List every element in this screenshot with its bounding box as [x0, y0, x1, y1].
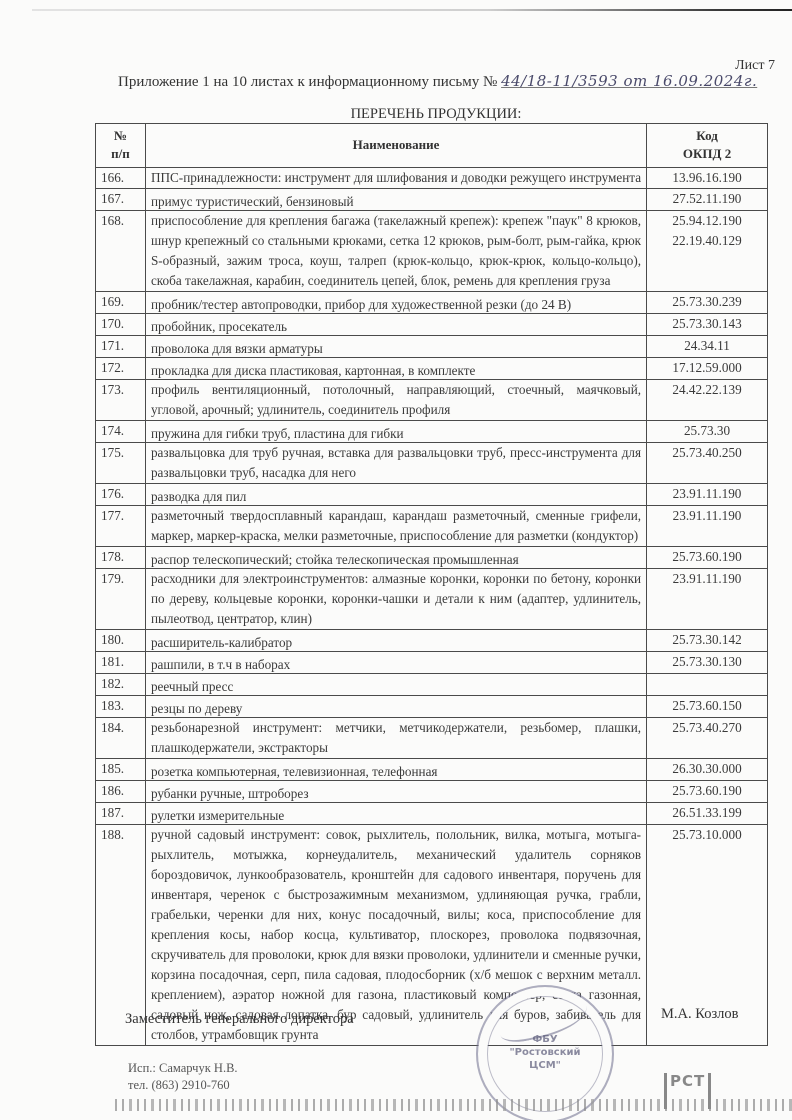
products-table: № п/п Наименование Код ОКПД 2 166.ППС-пр… — [95, 123, 768, 1046]
appendix-text: Приложение 1 на 10 листах к информационн… — [118, 74, 497, 90]
row-number: 185. — [96, 759, 146, 781]
table-row: 183.резцы по дереву25.73.60.150 — [96, 696, 768, 718]
table-row: 166.ППС-принадлежности: инструмент для ш… — [96, 168, 768, 189]
row-product-name: распор телескопический; стойка телескопи… — [145, 547, 646, 569]
row-okpd-code: 25.73.30.239 — [647, 292, 768, 314]
row-number: 177. — [96, 506, 146, 547]
row-number: 187. — [96, 803, 146, 825]
executor-info: Исп.: Самарчук Н.В. тел. (863) 2910-760 — [128, 1060, 238, 1094]
table-row: 178.распор телескопический; стойка телес… — [96, 547, 768, 569]
table-row: 176.разводка для пил23.91.11.190 — [96, 484, 768, 506]
row-number: 180. — [96, 630, 146, 652]
row-number: 181. — [96, 652, 146, 674]
row-product-name: рашпили, в т.ч в наборах — [145, 652, 646, 674]
table-row: 187.рулетки измерительные26.51.33.199 — [96, 803, 768, 825]
table-row: 182.реечный пресс — [96, 674, 768, 696]
row-number: 167. — [96, 189, 146, 211]
row-product-name: реечный пресс — [145, 674, 646, 696]
row-okpd-code: 25.73.30.142 — [647, 630, 768, 652]
row-product-name: пробник/тестер автопроводки, прибор для … — [145, 292, 646, 314]
row-okpd-code: 26.51.33.199 — [647, 803, 768, 825]
table-row: 177.разметочный твердосплавный карандаш,… — [96, 506, 768, 547]
row-product-name: розетка компьютерная, телевизионная, тел… — [145, 759, 646, 781]
row-product-name: примус туристический, бензиновый — [145, 189, 646, 211]
table-row: 167.примус туристический, бензиновый27.5… — [96, 189, 768, 211]
table-row: 181.рашпили, в т.ч в наборах25.73.30.130 — [96, 652, 768, 674]
row-number: 174. — [96, 421, 146, 443]
row-okpd-code: 24.34.11 — [647, 336, 768, 358]
row-okpd-code: 24.42.22.139 — [647, 380, 768, 421]
row-number: 179. — [96, 569, 146, 630]
table-row: 184.резьбонарезной инструмент: метчики, … — [96, 718, 768, 759]
row-number: 172. — [96, 358, 146, 380]
column-header-name: Наименование — [145, 124, 646, 168]
row-product-name: развальцовка для труб ручная, вставка дл… — [145, 443, 646, 484]
appendix-heading: Приложение 1 на 10 листах к информационн… — [118, 72, 757, 91]
table-row: 172.прокладка для диска пластиковая, кар… — [96, 358, 768, 380]
row-product-name: разводка для пил — [145, 484, 646, 506]
row-number: 173. — [96, 380, 146, 421]
row-okpd-code: 23.91.11.190 — [647, 506, 768, 547]
table-row: 175.развальцовка для труб ручная, вставк… — [96, 443, 768, 484]
column-header-number: № п/п — [96, 124, 146, 168]
row-okpd-code: 25.73.30.143 — [647, 314, 768, 336]
row-product-name: приспособление для крепления багажа (так… — [145, 211, 646, 292]
list-title: ПЕРЕЧЕНЬ ПРОДУКЦИИ: — [0, 106, 792, 123]
row-number: 176. — [96, 484, 146, 506]
row-product-name: рулетки измерительные — [145, 803, 646, 825]
table-row: 169.пробник/тестер автопроводки, прибор … — [96, 292, 768, 314]
row-okpd-code: 13.96.16.190 — [647, 168, 768, 189]
table-header-row: № п/п Наименование Код ОКПД 2 — [96, 124, 768, 168]
table-row: 168.приспособление для крепления багажа … — [96, 211, 768, 292]
row-okpd-code: 25.73.60.150 — [647, 696, 768, 718]
row-product-name: резьбонарезной инструмент: метчики, метч… — [145, 718, 646, 759]
row-number: 178. — [96, 547, 146, 569]
row-okpd-code: 25.73.30.130 — [647, 652, 768, 674]
row-product-name: пробойник, просекатель — [145, 314, 646, 336]
row-product-name: рубанки ручные, штроборез — [145, 781, 646, 803]
row-product-name: разметочный твердосплавный карандаш, кар… — [145, 506, 646, 547]
table-row: 185.розетка компьютерная, телевизионная,… — [96, 759, 768, 781]
table-row: 174.пружина для гибки труб, пластина для… — [96, 421, 768, 443]
table-body: 166.ППС-принадлежности: инструмент для ш… — [96, 168, 768, 1046]
table-row: 171.проволока для вязки арматуры24.34.11 — [96, 336, 768, 358]
executor-name: Исп.: Самарчук Н.В. — [128, 1060, 238, 1077]
signatory-title: Заместитель генерального директора — [125, 1011, 354, 1028]
row-number: 169. — [96, 292, 146, 314]
row-okpd-code: 23.91.11.190 — [647, 484, 768, 506]
executor-phone: тел. (863) 2910-760 — [128, 1077, 238, 1094]
row-number: 175. — [96, 443, 146, 484]
table-row: 180.расширитель-калибратор25.73.30.142 — [96, 630, 768, 652]
row-product-name: расходники для электроинструментов: алма… — [145, 569, 646, 630]
row-okpd-code: 25.73.30 — [647, 421, 768, 443]
row-okpd-code: 25.73.60.190 — [647, 547, 768, 569]
row-product-name: прокладка для диска пластиковая, картонн… — [145, 358, 646, 380]
stamp-organization: ФБУ "Ростовский ЦСМ" — [478, 1033, 612, 1072]
table-row: 170.пробойник, просекатель25.73.30.143 — [96, 314, 768, 336]
row-number: 186. — [96, 781, 146, 803]
row-product-name: ППС-принадлежности: инструмент для шлифо… — [145, 168, 646, 189]
table-row: 179.расходники для электроинструментов: … — [96, 569, 768, 630]
row-product-name: резцы по дереву — [145, 696, 646, 718]
row-number: 168. — [96, 211, 146, 292]
row-okpd-code: 25.94.12.190 22.19.40.129 — [647, 211, 768, 292]
row-okpd-code — [647, 674, 768, 696]
row-product-name: расширитель-калибратор — [145, 630, 646, 652]
row-okpd-code: 26.30.30.000 — [647, 759, 768, 781]
row-number: 166. — [96, 168, 146, 189]
row-number: 184. — [96, 718, 146, 759]
row-okpd-code: 23.91.11.190 — [647, 569, 768, 630]
row-number: 170. — [96, 314, 146, 336]
signatory-name: М.А. Козлов — [661, 1006, 739, 1023]
row-okpd-code: 25.73.40.270 — [647, 718, 768, 759]
row-okpd-code: 25.73.40.250 — [647, 443, 768, 484]
row-okpd-code: 27.52.11.190 — [647, 189, 768, 211]
table-row: 173.профиль вентиляционный, потолочный, … — [96, 380, 768, 421]
row-okpd-code: 17.12.59.000 — [647, 358, 768, 380]
row-number: 182. — [96, 674, 146, 696]
barcode-strip — [115, 1099, 792, 1111]
handwritten-letter-number: 44/18-11/3593 от 16.09.2024г. — [501, 72, 757, 90]
row-number: 171. — [96, 336, 146, 358]
row-product-name: проволока для вязки арматуры — [145, 336, 646, 358]
column-header-code: Код ОКПД 2 — [647, 124, 768, 168]
table-row: 186.рубанки ручные, штроборез25.73.60.19… — [96, 781, 768, 803]
scan-edge-line — [32, 9, 792, 11]
row-product-name: пружина для гибки труб, пластина для гиб… — [145, 421, 646, 443]
row-okpd-code: 25.73.60.190 — [647, 781, 768, 803]
row-product-name: профиль вентиляционный, потолочный, напр… — [145, 380, 646, 421]
row-number: 183. — [96, 696, 146, 718]
